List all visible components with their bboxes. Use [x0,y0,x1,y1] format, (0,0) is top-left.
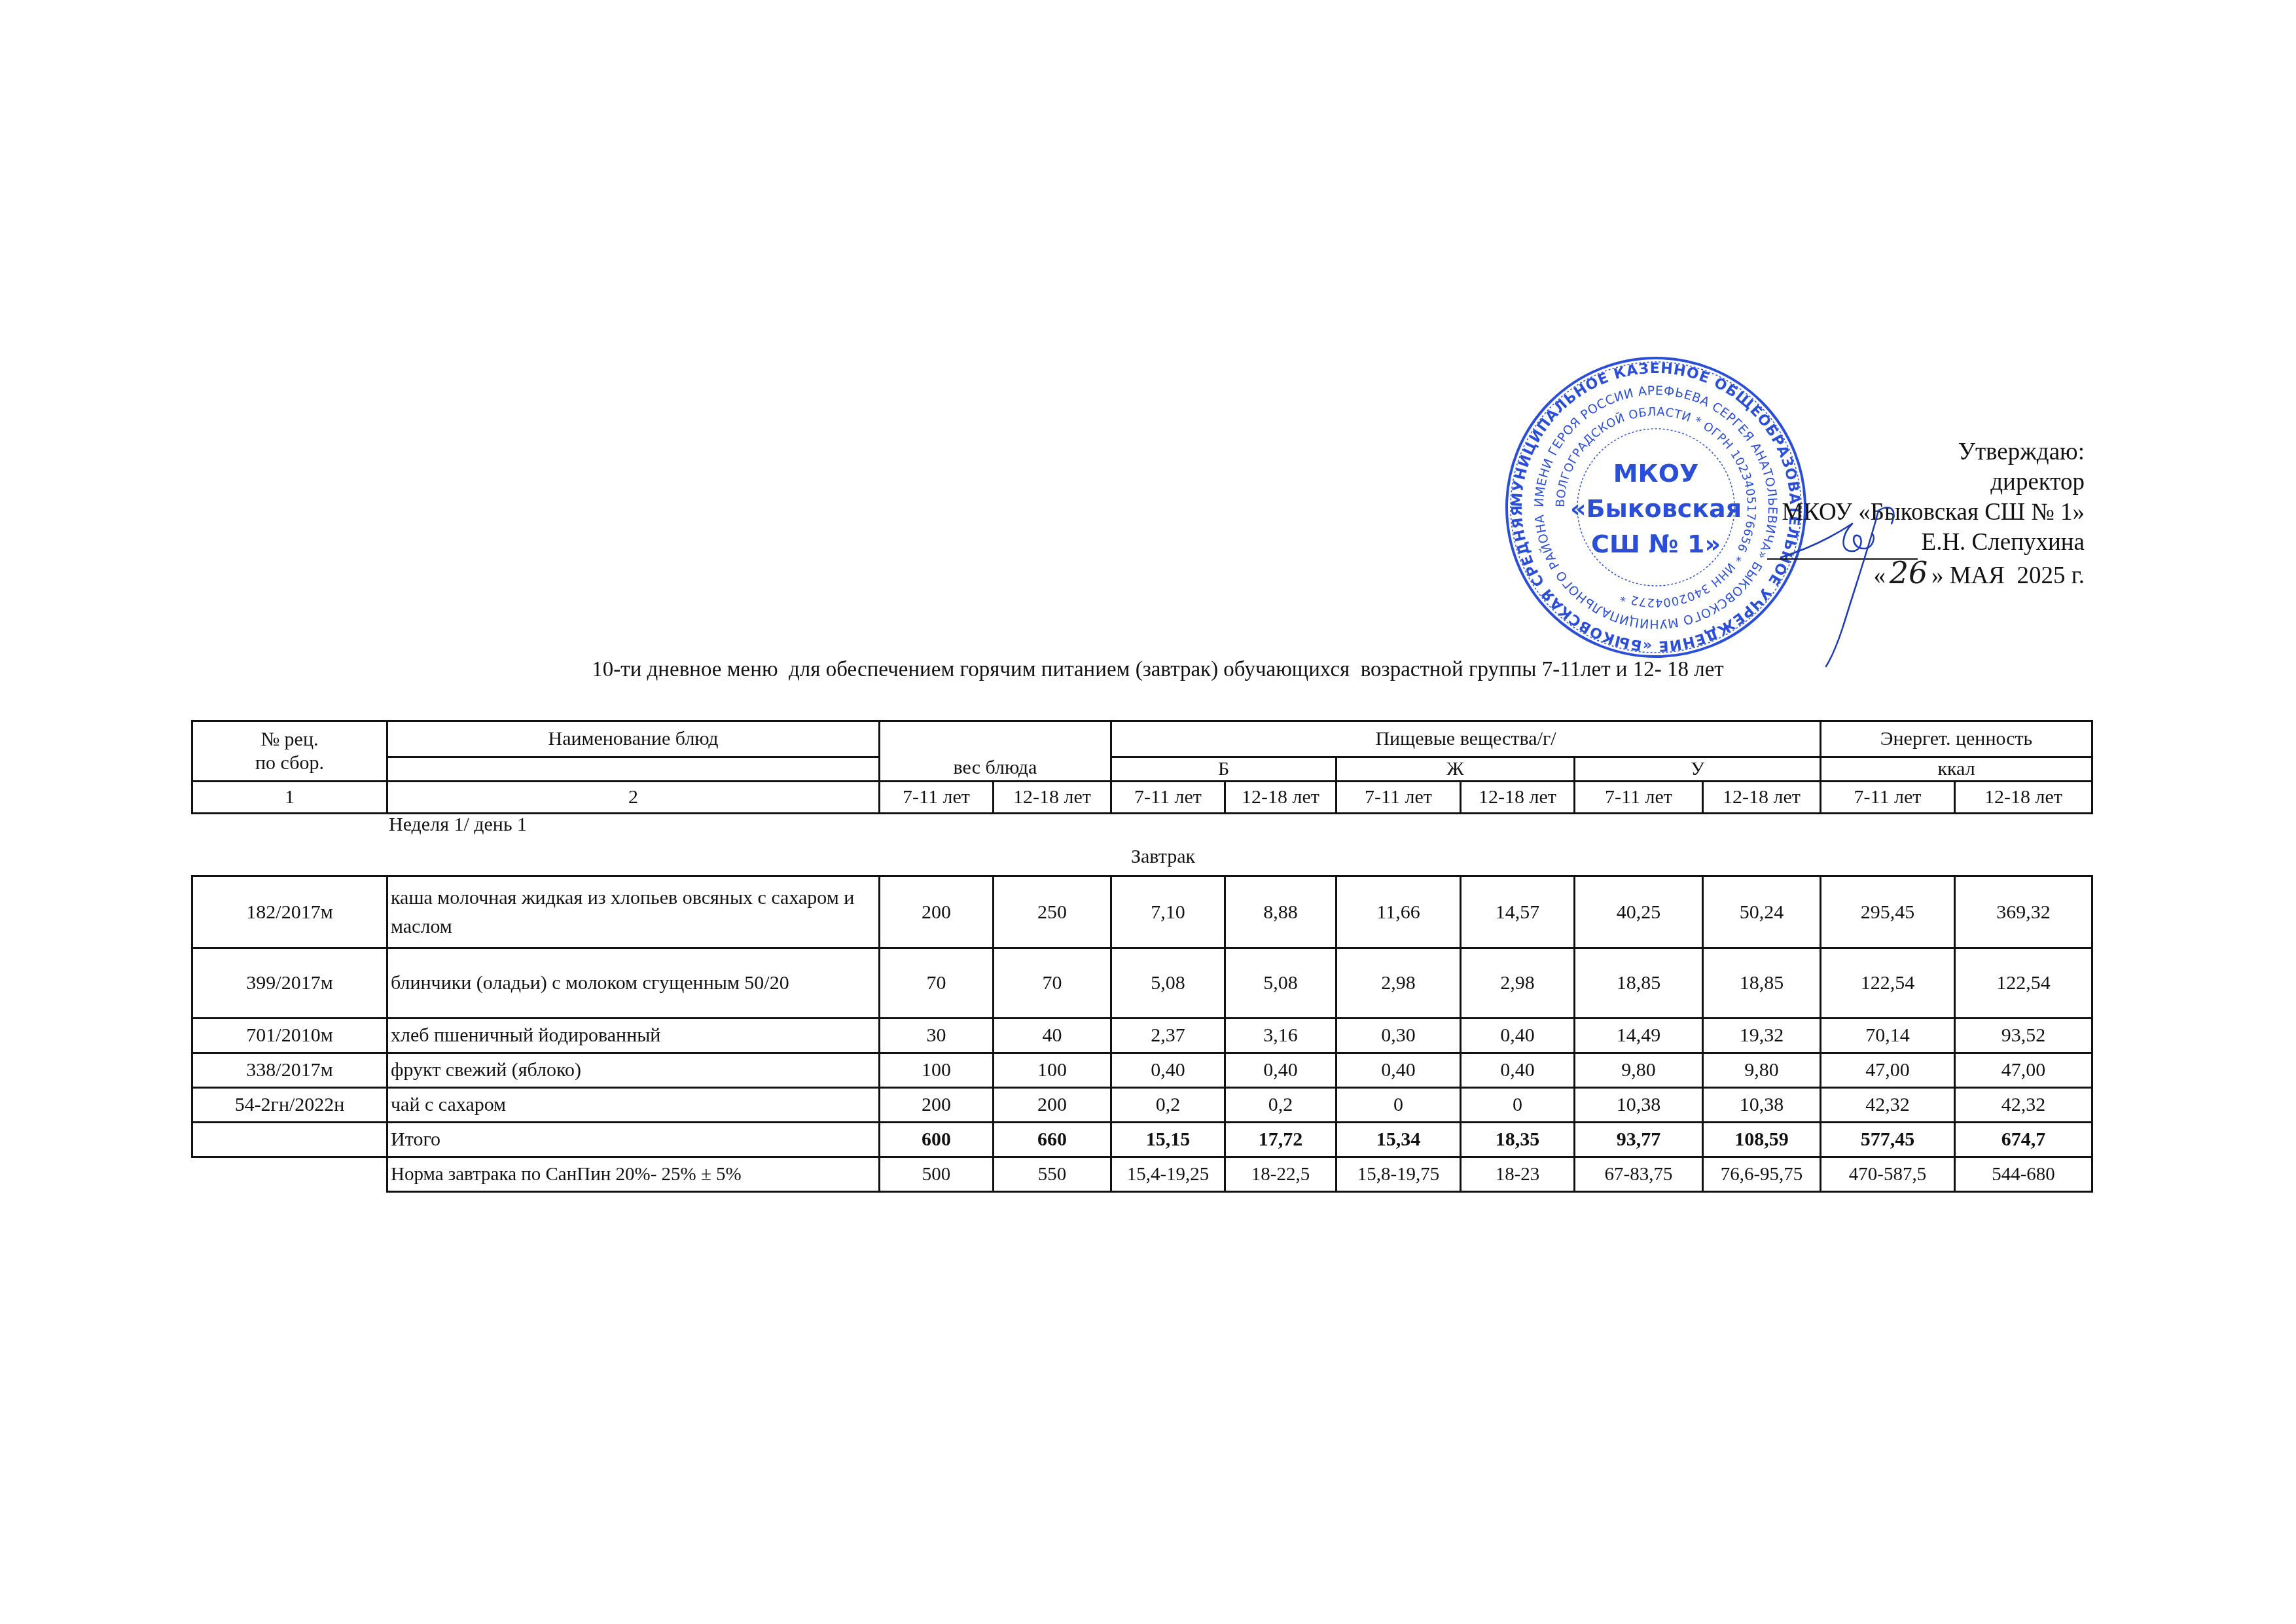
cell-carbs-a: 9,80 [1575,1053,1703,1088]
norm-carbs-b: 76,6-95,75 [1703,1157,1821,1192]
cell-protein-b: 3,16 [1225,1019,1336,1053]
document-title: 10-ти дневное меню для обеспечением горя… [0,658,2296,682]
cell-kcal-a: 47,00 [1821,1053,1955,1088]
header-kcal-age-a: 7-11 лет [1821,782,1955,814]
total-protein-b: 17,72 [1225,1123,1336,1157]
cell-weight-b: 200 [994,1088,1111,1123]
cell-weight-b: 100 [994,1053,1111,1088]
cell-fat-a: 11,66 [1336,876,1461,948]
cell-protein-b: 0,40 [1225,1053,1336,1088]
norm-recipe-empty [192,1157,387,1192]
cell-fat-a: 2,98 [1336,948,1461,1019]
cell-kcal-b: 42,32 [1955,1088,2092,1123]
norm-fat-a: 15,8-19,75 [1336,1157,1461,1192]
norm-carbs-a: 67-83,75 [1575,1157,1703,1192]
official-stamp: МУНИЦИПАЛЬНОЕ КАЗЕННОЕ ОБЩЕОБРАЗОВАТЕЛЬН… [1502,353,1810,661]
header-recipe-number: № рец.по сбор. [192,721,387,782]
header-fat-age-a: 7-11 лет [1336,782,1461,814]
cell-kcal-a: 70,14 [1821,1019,1955,1053]
cell-fat-b: 0 [1461,1088,1575,1123]
total-label: Итого [387,1123,880,1157]
total-fat-b: 18,35 [1461,1123,1575,1157]
menu-table-header: № рец.по сбор. Наименование блюд вес блю… [191,720,2093,814]
total-weight-a: 600 [880,1123,994,1157]
stamp-center-line-3: СШ № 1» [1591,530,1721,558]
header-protein: Б [1111,757,1336,782]
total-carbs-b: 108,59 [1703,1123,1821,1157]
cell-weight-a: 200 [880,876,994,948]
norm-weight-b: 550 [994,1157,1111,1192]
cell-fat-a: 0,30 [1336,1019,1461,1053]
header-nutrients: Пищевые вещества/г/ [1111,721,1821,757]
header-protein-age-b: 12-18 лет [1225,782,1336,814]
cell-fat-a: 0 [1336,1088,1461,1123]
recipe-number: 54-2гн/2022н [192,1088,387,1123]
header-carbs-age-b: 12-18 лет [1703,782,1821,814]
header-col-1: 1 [192,782,387,814]
norm-label: Норма завтрака по СанПин 20%- 25% ± 5% [387,1157,880,1192]
cell-fat-b: 14,57 [1461,876,1575,948]
cell-protein-a: 2,37 [1111,1019,1225,1053]
cell-fat-b: 0,40 [1461,1019,1575,1053]
total-weight-b: 660 [994,1123,1111,1157]
header-dish-name-sub [387,757,880,782]
table-row: 338/2017мфрукт свежий (яблоко)1001000,40… [192,1053,2092,1088]
cell-protein-a: 0,40 [1111,1053,1225,1088]
cell-kcal-b: 369,32 [1955,876,2092,948]
cell-protein-a: 5,08 [1111,948,1225,1019]
total-kcal-b: 674,7 [1955,1123,2092,1157]
total-row: Итого60066015,1517,7215,3418,3593,77108,… [192,1123,2092,1157]
cell-carbs-b: 19,32 [1703,1019,1821,1053]
header-protein-age-a: 7-11 лет [1111,782,1225,814]
cell-carbs-b: 9,80 [1703,1053,1821,1088]
dish-name: каша молочная жидкая из хлопьев овсяных … [387,876,880,948]
stamp-center-line-2: «Быковская [1570,494,1742,523]
norm-protein-a: 15,4-19,25 [1111,1157,1225,1192]
approval-position: директор [1782,467,2085,497]
header-col-2: 2 [387,782,880,814]
cell-weight-a: 30 [880,1019,994,1053]
cell-fat-a: 0,40 [1336,1053,1461,1088]
header-kcal: ккал [1821,757,2092,782]
cell-kcal-a: 122,54 [1821,948,1955,1019]
table-row: 182/2017мкаша молочная жидкая из хлопьев… [192,876,2092,948]
stamp-center-line-1: МКОУ [1613,459,1698,488]
norm-weight-a: 500 [880,1157,994,1192]
dish-name: фрукт свежий (яблоко) [387,1053,880,1088]
cell-kcal-b: 47,00 [1955,1053,2092,1088]
meal-label: Завтрак [1131,846,1195,868]
cell-weight-a: 100 [880,1053,994,1088]
norm-kcal-b: 544-680 [1955,1157,2092,1192]
dish-name: блинчики (оладьи) с молоком сгущенным 50… [387,948,880,1019]
total-protein-a: 15,15 [1111,1123,1225,1157]
cell-kcal-a: 295,45 [1821,876,1955,948]
cell-kcal-b: 122,54 [1955,948,2092,1019]
cell-protein-a: 7,10 [1111,876,1225,948]
norm-row: Норма завтрака по СанПин 20%- 25% ± 5%50… [192,1157,2092,1192]
recipe-number: 701/2010м [192,1019,387,1053]
cell-carbs-a: 14,49 [1575,1019,1703,1053]
cell-carbs-a: 40,25 [1575,876,1703,948]
approval-heading: Утверждаю: [1782,437,2085,467]
cell-carbs-b: 50,24 [1703,876,1821,948]
table-row: 701/2010мхлеб пшеничный йодированный3040… [192,1019,2092,1053]
cell-protein-b: 8,88 [1225,876,1336,948]
cell-fat-b: 2,98 [1461,948,1575,1019]
cell-carbs-b: 10,38 [1703,1088,1821,1123]
cell-kcal-a: 42,32 [1821,1088,1955,1123]
recipe-number: 182/2017м [192,876,387,948]
header-kcal-age-b: 12-18 лет [1955,782,2092,814]
header-carbs-age-a: 7-11 лет [1575,782,1703,814]
dish-name: чай с сахаром [387,1088,880,1123]
norm-fat-b: 18-23 [1461,1157,1575,1192]
header-carbs: У [1575,757,1821,782]
cell-weight-b: 250 [994,876,1111,948]
total-recipe-empty [192,1123,387,1157]
recipe-number: 338/2017м [192,1053,387,1088]
total-fat-a: 15,34 [1336,1123,1461,1157]
header-fat-age-b: 12-18 лет [1461,782,1575,814]
total-carbs-a: 93,77 [1575,1123,1703,1157]
cell-kcal-b: 93,52 [1955,1019,2092,1053]
cell-protein-a: 0,2 [1111,1088,1225,1123]
header-dish-name: Наименование блюд [387,721,880,757]
cell-weight-a: 200 [880,1088,994,1123]
cell-carbs-a: 10,38 [1575,1088,1703,1123]
dish-name: хлеб пшеничный йодированный [387,1019,880,1053]
handwritten-signature [1780,497,1937,668]
header-energy: Энергет. ценность [1821,721,2092,757]
norm-kcal-a: 470-587,5 [1821,1157,1955,1192]
total-kcal-a: 577,45 [1821,1123,1955,1157]
norm-protein-b: 18-22,5 [1225,1157,1336,1192]
cell-fat-b: 0,40 [1461,1053,1575,1088]
week-day-label: Неделя 1/ день 1 [389,814,527,836]
cell-protein-b: 0,2 [1225,1088,1336,1123]
recipe-number: 399/2017м [192,948,387,1019]
cell-weight-b: 70 [994,948,1111,1019]
table-row: 399/2017мблинчики (оладьи) с молоком сгу… [192,948,2092,1019]
menu-table-body: 182/2017мкаша молочная жидкая из хлопьев… [191,875,2093,1193]
header-weight: вес блюда [880,721,1111,782]
header-weight-age-b: 12-18 лет [994,782,1111,814]
cell-carbs-a: 18,85 [1575,948,1703,1019]
cell-weight-b: 40 [994,1019,1111,1053]
cell-weight-a: 70 [880,948,994,1019]
table-row: 54-2гн/2022нчай с сахаром2002000,20,2001… [192,1088,2092,1123]
cell-carbs-b: 18,85 [1703,948,1821,1019]
header-weight-age-a: 7-11 лет [880,782,994,814]
header-fat: Ж [1336,757,1575,782]
cell-protein-b: 5,08 [1225,948,1336,1019]
